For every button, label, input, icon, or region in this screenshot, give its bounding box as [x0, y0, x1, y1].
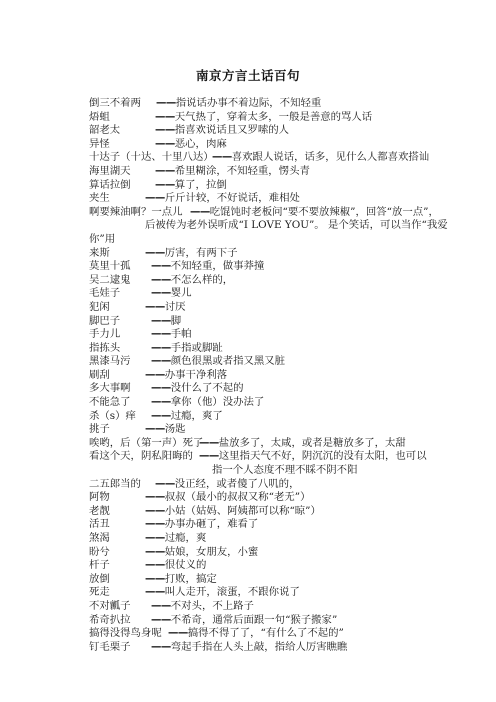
entry-term: 杀（s）痒 [89, 410, 136, 424]
entry-definition: 叫人走开，滚蛋，不跟你说了 [165, 586, 300, 598]
dialect-entry: 韶老太——指喜欢说话且又罗嗦的人 [89, 124, 419, 138]
entry-definition: 姑娘，女朋友，小蜜 [165, 546, 259, 558]
entry-term: 放倒 [89, 573, 110, 587]
dialect-entry: 盼兮——姑娘，女朋友，小蜜 [89, 546, 419, 560]
entry-definition: 讨厌 [165, 301, 186, 313]
em-dash-separator: —— [145, 505, 165, 517]
em-dash-separator: —— [145, 491, 165, 503]
entry-definition: 脚 [171, 315, 181, 327]
entry-definition-wrap: ——过瘾，爽了 [151, 410, 223, 424]
entry-term: 夹生 [89, 192, 110, 206]
entry-definition-wrap: ——搞得不得了了，“有什么了不起的” [168, 627, 344, 641]
entry-definition: 指喜欢说话且又罗嗦的人 [175, 124, 289, 136]
em-dash-separator: —— [190, 206, 210, 218]
entry-term: 吴二逮鬼 [89, 274, 131, 288]
em-dash-separator: —— [145, 301, 165, 313]
entry-term: 犯闲 [89, 301, 110, 315]
entry-definition: 希里糊涂，不知轻重，愣头青 [175, 165, 310, 177]
dialect-entry: 挑子——汤匙 [89, 423, 419, 437]
dialect-entry: 搞得没得鸟身呢——搞得不得了了，“有什么了不起的” [89, 627, 419, 641]
dialect-entry: 不对瓤子——不对头，不上路子 [89, 600, 419, 614]
dialect-entry: 后被传为老外误听成“I LOVE YOU”。 是个笑话，可以当作“我爱 [89, 219, 419, 233]
entry-definition: 后被传为老外误听成“I LOVE YOU”。 是个笑话，可以当作“我爱 [145, 219, 448, 231]
dialect-entry: 杆子——很仗义的 [89, 559, 419, 573]
entry-definition: 汤匙 [165, 423, 186, 435]
entry-definition-wrap: ——办事干净利落 [145, 369, 227, 383]
dialect-entry: 看这个天，阴私阳晦的——这里指天气不好，阴沉沉的没有太阳，也可以 [89, 450, 419, 464]
em-dash-separator: —— [155, 179, 175, 191]
em-dash-separator: —— [151, 382, 171, 394]
entry-definition: 不怎么样的， [171, 274, 233, 286]
entry-definition: 叔叔（最小的叔叔又称“老无”） [165, 491, 311, 503]
dialect-entry: 吴二逮鬼——不怎么样的， [89, 274, 419, 288]
entry-definition-wrap: ——没什么了不起的 [151, 382, 244, 396]
dialect-entry: 海里湖天——希里糊涂，不知轻重，愣头青 [89, 165, 419, 179]
entry-definition-wrap: ——叔叔（最小的叔叔又称“老无”） [145, 491, 310, 505]
entry-term: 不能急了 [89, 396, 131, 410]
entry-definition-wrap: ——算了，拉倒 [155, 179, 227, 193]
em-dash-separator: —— [151, 287, 171, 299]
entry-definition-wrap: ——吃馄饨时老板问“要不要放辣椒”，回答“放一点”， [190, 206, 439, 220]
entry-definition-wrap: ——过瘾，爽 [145, 532, 206, 546]
em-dash-separator: —— [145, 546, 165, 558]
em-dash-separator: —— [151, 274, 171, 286]
em-dash-separator: —— [168, 627, 188, 639]
entry-definition-wrap: ——手帕 [151, 328, 192, 342]
em-dash-separator: —— [145, 518, 165, 530]
entry-term: 不对瓤子 [89, 600, 131, 614]
dialect-entry: 老靓——小姑（姑妈、阿姨都可以称“晾”） [89, 505, 419, 519]
dialect-entry: 煞渴——过瘾，爽 [89, 532, 419, 546]
entry-term: 海里湖天 [89, 165, 131, 179]
entry-definition: 手指或脚趾 [171, 342, 223, 354]
entry-definition: 天气热了，穿着太多，一般是善意的骂人话 [175, 111, 372, 123]
dialect-entry: 来斯——厉害，有两下子 [89, 247, 419, 261]
entry-term: 脚巴子 [89, 315, 120, 329]
dialect-entry: 手力儿——手帕 [89, 328, 419, 342]
em-dash-separator: —— [145, 192, 165, 204]
dialect-entry: 焐蛆——天气热了，穿着太多，一般是善意的骂人话 [89, 111, 419, 125]
dialect-entry: 莫里十孤——不知轻重，做事莽撞 [89, 260, 419, 274]
entry-definition: 没正经，或者傻了八叽的， [175, 478, 300, 490]
entry-definition: 恶心，肉麻 [175, 138, 227, 150]
dialect-entry: 夹生——斤斤计较，不好说话，难相处 [89, 192, 419, 206]
em-dash-separator: —— [145, 247, 165, 259]
em-dash-separator: —— [151, 600, 171, 612]
entry-definition: 厉害，有两下子 [165, 247, 238, 259]
entry-term: 啊要辣油啊？一点儿 [89, 206, 183, 220]
dialect-entry: 二五郎当的——没正经，或者傻了八叽的， [89, 478, 419, 492]
entry-definition-wrap: ——斤斤计较，不好说话，难相处 [145, 192, 300, 206]
em-dash-separator: —— [199, 437, 219, 449]
em-dash-separator: —— [145, 586, 165, 598]
entry-definition: 弯起手指在人头上敲，指给人厉害瞧瞧 [171, 641, 348, 653]
entry-term: 死走 [89, 586, 110, 600]
entry-definition: 搞得不得了了，“有什么了不起的” [188, 627, 344, 639]
dialect-entry: 倒三不着两——指说话办事不着边际，不知轻重 [89, 97, 419, 111]
entry-definition-wrap: ——指说话办事不着边际，不知轻重 [156, 97, 321, 111]
entry-term: 刷刮 [89, 369, 110, 383]
dialect-entry: 脚巴子——脚 [89, 315, 419, 329]
dialect-entry: 唉哟，后（第一声）死了——盐放多了，太咸，或者是糖放多了，太甜 [89, 437, 419, 451]
entry-definition: 小姑（姑妈、阿姨都可以称“晾”） [165, 505, 321, 517]
entry-definition-wrap: ——很仗义的 [145, 559, 206, 573]
entry-definition-wrap: ——不知轻重，做事莽撞 [151, 260, 264, 274]
em-dash-separator: —— [145, 423, 165, 435]
entry-definition: 打败，搞定 [165, 573, 217, 585]
entry-definition: 不希奇，通常后面跟一句“猴子搬家” [171, 614, 337, 626]
dialect-entry: 阿物——叔叔（最小的叔叔又称“老无”） [89, 491, 419, 505]
entry-definition-wrap: 后被传为老外误听成“I LOVE YOU”。 是个笑话，可以当作“我爱 [145, 219, 448, 233]
entry-definition: 过瘾，爽 [165, 532, 207, 544]
entry-term: 挑子 [89, 423, 110, 437]
entry-term: 阿物 [89, 491, 110, 505]
entry-definition: 指说话办事不着边际，不知轻重 [176, 97, 321, 109]
entry-definition-wrap: ——小姑（姑妈、阿姨都可以称“晾”） [145, 505, 321, 519]
em-dash-separator: —— [151, 315, 171, 327]
entry-term: 搞得没得鸟身呢 [89, 627, 162, 641]
entry-term: 算话拉倒 [89, 179, 131, 193]
entry-definition-wrap: ——叫人走开，滚蛋，不跟你说了 [145, 586, 300, 600]
dialect-entry: 放倒——打败，搞定 [89, 573, 419, 587]
entry-term: 异怪 [89, 138, 110, 152]
entry-term: 指拣头 [89, 342, 120, 356]
entry-term: 钉毛栗子 [89, 641, 131, 655]
entry-definition-wrap: ——天气热了，穿着太多，一般是善意的骂人话 [155, 111, 372, 125]
entry-definition: 颜色很黑或者指又黑又脏 [171, 355, 285, 367]
entry-definition-wrap: ——盐放多了，太咸，或者是糖放多了，太甜 [199, 437, 406, 451]
dialect-entry: 活丑——办事办砸了，难看了 [89, 518, 419, 532]
entry-definition: 没什么了不起的 [171, 382, 244, 394]
entry-definition-wrap: ——弯起手指在人头上敲，指给人厉害瞧瞧 [151, 641, 347, 655]
dialect-entry: 啊要辣油啊？一点儿——吃馄饨时老板问“要不要放辣椒”，回答“放一点”， [89, 206, 419, 220]
entry-term: 焐蛆 [89, 111, 110, 125]
entry-definition-wrap: ——不对头，不上路子 [151, 600, 254, 614]
document-title: 南京方言土话百句 [0, 66, 496, 84]
entry-definition-wrap: ——颜色很黑或者指又黑又脏 [151, 355, 285, 369]
entry-definition-wrap: ——没正经，或者傻了八叽的， [155, 478, 299, 492]
entry-definition-wrap: ——拿你（他）没办法了 [151, 396, 264, 410]
em-dash-separator: —— [151, 641, 171, 653]
entry-definition: 这里指天气不好，阴沉沉的没有太阳，也可以 [219, 450, 427, 462]
em-dash-separator: —— [151, 396, 171, 408]
entry-term: 韶老太 [89, 124, 120, 138]
em-dash-separator: —— [155, 111, 175, 123]
entry-definition-wrap: ——脚 [151, 315, 181, 329]
dialect-entry: 杀（s）痒——过瘾，爽了 [89, 410, 419, 424]
entry-term: 盼兮 [89, 546, 110, 560]
entry-definition-wrap: ——指喜欢说话且又罗嗦的人 [155, 124, 289, 138]
dialect-entry: 犯闲——讨厌 [89, 301, 419, 315]
entry-definition-wrap: 指一个人态度不理不睬不阴不阳 [212, 464, 357, 478]
entry-definition: 吃馄饨时老板问“要不要放辣椒”，回答“放一点”， [210, 206, 439, 218]
em-dash-separator: —— [212, 151, 232, 163]
entry-definition: 婴儿 [171, 287, 192, 299]
em-dash-separator: —— [151, 342, 171, 354]
entry-term: 希奇扒拉 [89, 614, 131, 628]
entry-definition: 办事办砸了，难看了 [165, 518, 259, 530]
entry-definition: 手帕 [171, 328, 192, 340]
em-dash-separator: —— [151, 410, 171, 422]
entry-definition: 喜欢跟人说话，话多，见什么人都喜欢搭讪 [232, 151, 429, 163]
dialect-entry: 算话拉倒——算了，拉倒 [89, 179, 419, 193]
entry-definition-wrap: ——讨厌 [145, 301, 186, 315]
em-dash-separator: —— [155, 478, 175, 490]
entry-term: 莫里十孤 [89, 260, 131, 274]
entry-term: 煞渴 [89, 532, 110, 546]
entry-definition: 办事干净利落 [165, 369, 227, 381]
dialect-entry: 刷刮——办事干净利落 [89, 369, 419, 383]
dialect-entry: 十达子（十达、十里八达）——喜欢跟人说话，话多，见什么人都喜欢搭讪 [89, 151, 419, 165]
entry-definition: 不知轻重，做事莽撞 [171, 260, 265, 272]
entry-definition-wrap: ——姑娘，女朋友，小蜜 [145, 546, 258, 560]
em-dash-separator: —— [145, 573, 165, 585]
entry-definition-wrap: ——这里指天气不好，阴沉沉的没有太阳，也可以 [199, 450, 427, 464]
entry-definition-wrap: ——打败，搞定 [145, 573, 217, 587]
entry-definition: 算了，拉倒 [175, 179, 227, 191]
entry-term: 手力儿 [89, 328, 120, 342]
entry-term: 多大事啊 [89, 382, 131, 396]
dialect-entry: 钉毛栗子——弯起手指在人头上敲，指给人厉害瞧瞧 [89, 641, 419, 655]
entry-term: 老靓 [89, 505, 110, 519]
entry-definition-wrap: ——汤匙 [145, 423, 186, 437]
dialect-entry: 异怪——恶心，肉麻 [89, 138, 419, 152]
entry-definition: 过瘾，爽了 [171, 410, 223, 422]
dialect-entry: 黑漆马污——颜色很黑或者指又黑又脏 [89, 355, 419, 369]
entry-definition: 不对头，不上路子 [171, 600, 254, 612]
em-dash-separator: —— [151, 260, 171, 272]
em-dash-separator: —— [199, 450, 219, 462]
dialect-entry: 指一个人态度不理不睬不阴不阳 [89, 464, 419, 478]
entry-definition-wrap: ——喜欢跟人说话，话多，见什么人都喜欢搭讪 [212, 151, 429, 165]
entry-definition-wrap: ——婴儿 [151, 287, 192, 301]
em-dash-separator: —— [151, 328, 171, 340]
em-dash-separator: —— [145, 532, 165, 544]
entry-definition: 斤斤计较，不好说话，难相处 [165, 192, 300, 204]
entry-term: 来斯 [89, 247, 110, 261]
entry-definition: 指一个人态度不理不睬不阴不阳 [212, 464, 357, 476]
dialect-entry: 指拣头——手指或脚趾 [89, 342, 419, 356]
em-dash-separator: —— [151, 355, 171, 367]
em-dash-separator: —— [151, 614, 171, 626]
entry-term: 唉哟，后（第一声）死了 [89, 437, 203, 451]
entry-term: 活丑 [89, 518, 110, 532]
dialect-entry: 不能急了——拿你（他）没办法了 [89, 396, 419, 410]
em-dash-separator: —— [156, 97, 176, 109]
entry-term: 你”用 [89, 233, 115, 247]
entry-definition-wrap: ——手指或脚趾 [151, 342, 223, 356]
entry-definition-wrap: ——办事办砸了，难看了 [145, 518, 258, 532]
dialect-entry: 死走——叫人走开，滚蛋，不跟你说了 [89, 586, 419, 600]
entry-term: 十达子（十达、十里八达） [89, 151, 214, 165]
entry-term: 毛娃子 [89, 287, 120, 301]
dialect-entry: 毛娃子——婴儿 [89, 287, 419, 301]
entry-term: 二五郎当的 [89, 478, 141, 492]
entry-term: 倒三不着两 [89, 97, 141, 111]
entry-definition: 拿你（他）没办法了 [171, 396, 265, 408]
dialect-entry: 你”用 [89, 233, 419, 247]
entry-definition: 盐放多了，太咸，或者是糖放多了，太甜 [219, 437, 406, 449]
entry-term: 看这个天，阴私阳晦的 [89, 450, 193, 464]
entry-term: 杆子 [89, 559, 110, 573]
entry-definition-wrap: ——不希奇，通常后面跟一句“猴子搬家” [151, 614, 337, 628]
entry-term: 黑漆马污 [89, 355, 131, 369]
entry-definition: 很仗义的 [165, 559, 207, 571]
em-dash-separator: —— [145, 559, 165, 571]
dialect-entry: 多大事啊——没什么了不起的 [89, 382, 419, 396]
em-dash-separator: —— [155, 124, 175, 136]
dialect-entry: 希奇扒拉——不希奇，通常后面跟一句“猴子搬家” [89, 614, 419, 628]
em-dash-separator: —— [155, 165, 175, 177]
entry-definition-wrap: ——不怎么样的， [151, 274, 233, 288]
entry-definition-wrap: ——恶心，肉麻 [155, 138, 227, 152]
em-dash-separator: —— [145, 369, 165, 381]
entry-definition-wrap: ——厉害，有两下子 [145, 247, 238, 261]
dialect-entry-list: 倒三不着两——指说话办事不着边际，不知轻重焐蛆——天气热了，穿着太多，一般是善意… [89, 97, 419, 654]
entry-definition-wrap: ——希里糊涂，不知轻重，愣头青 [155, 165, 310, 179]
em-dash-separator: —— [155, 138, 175, 150]
